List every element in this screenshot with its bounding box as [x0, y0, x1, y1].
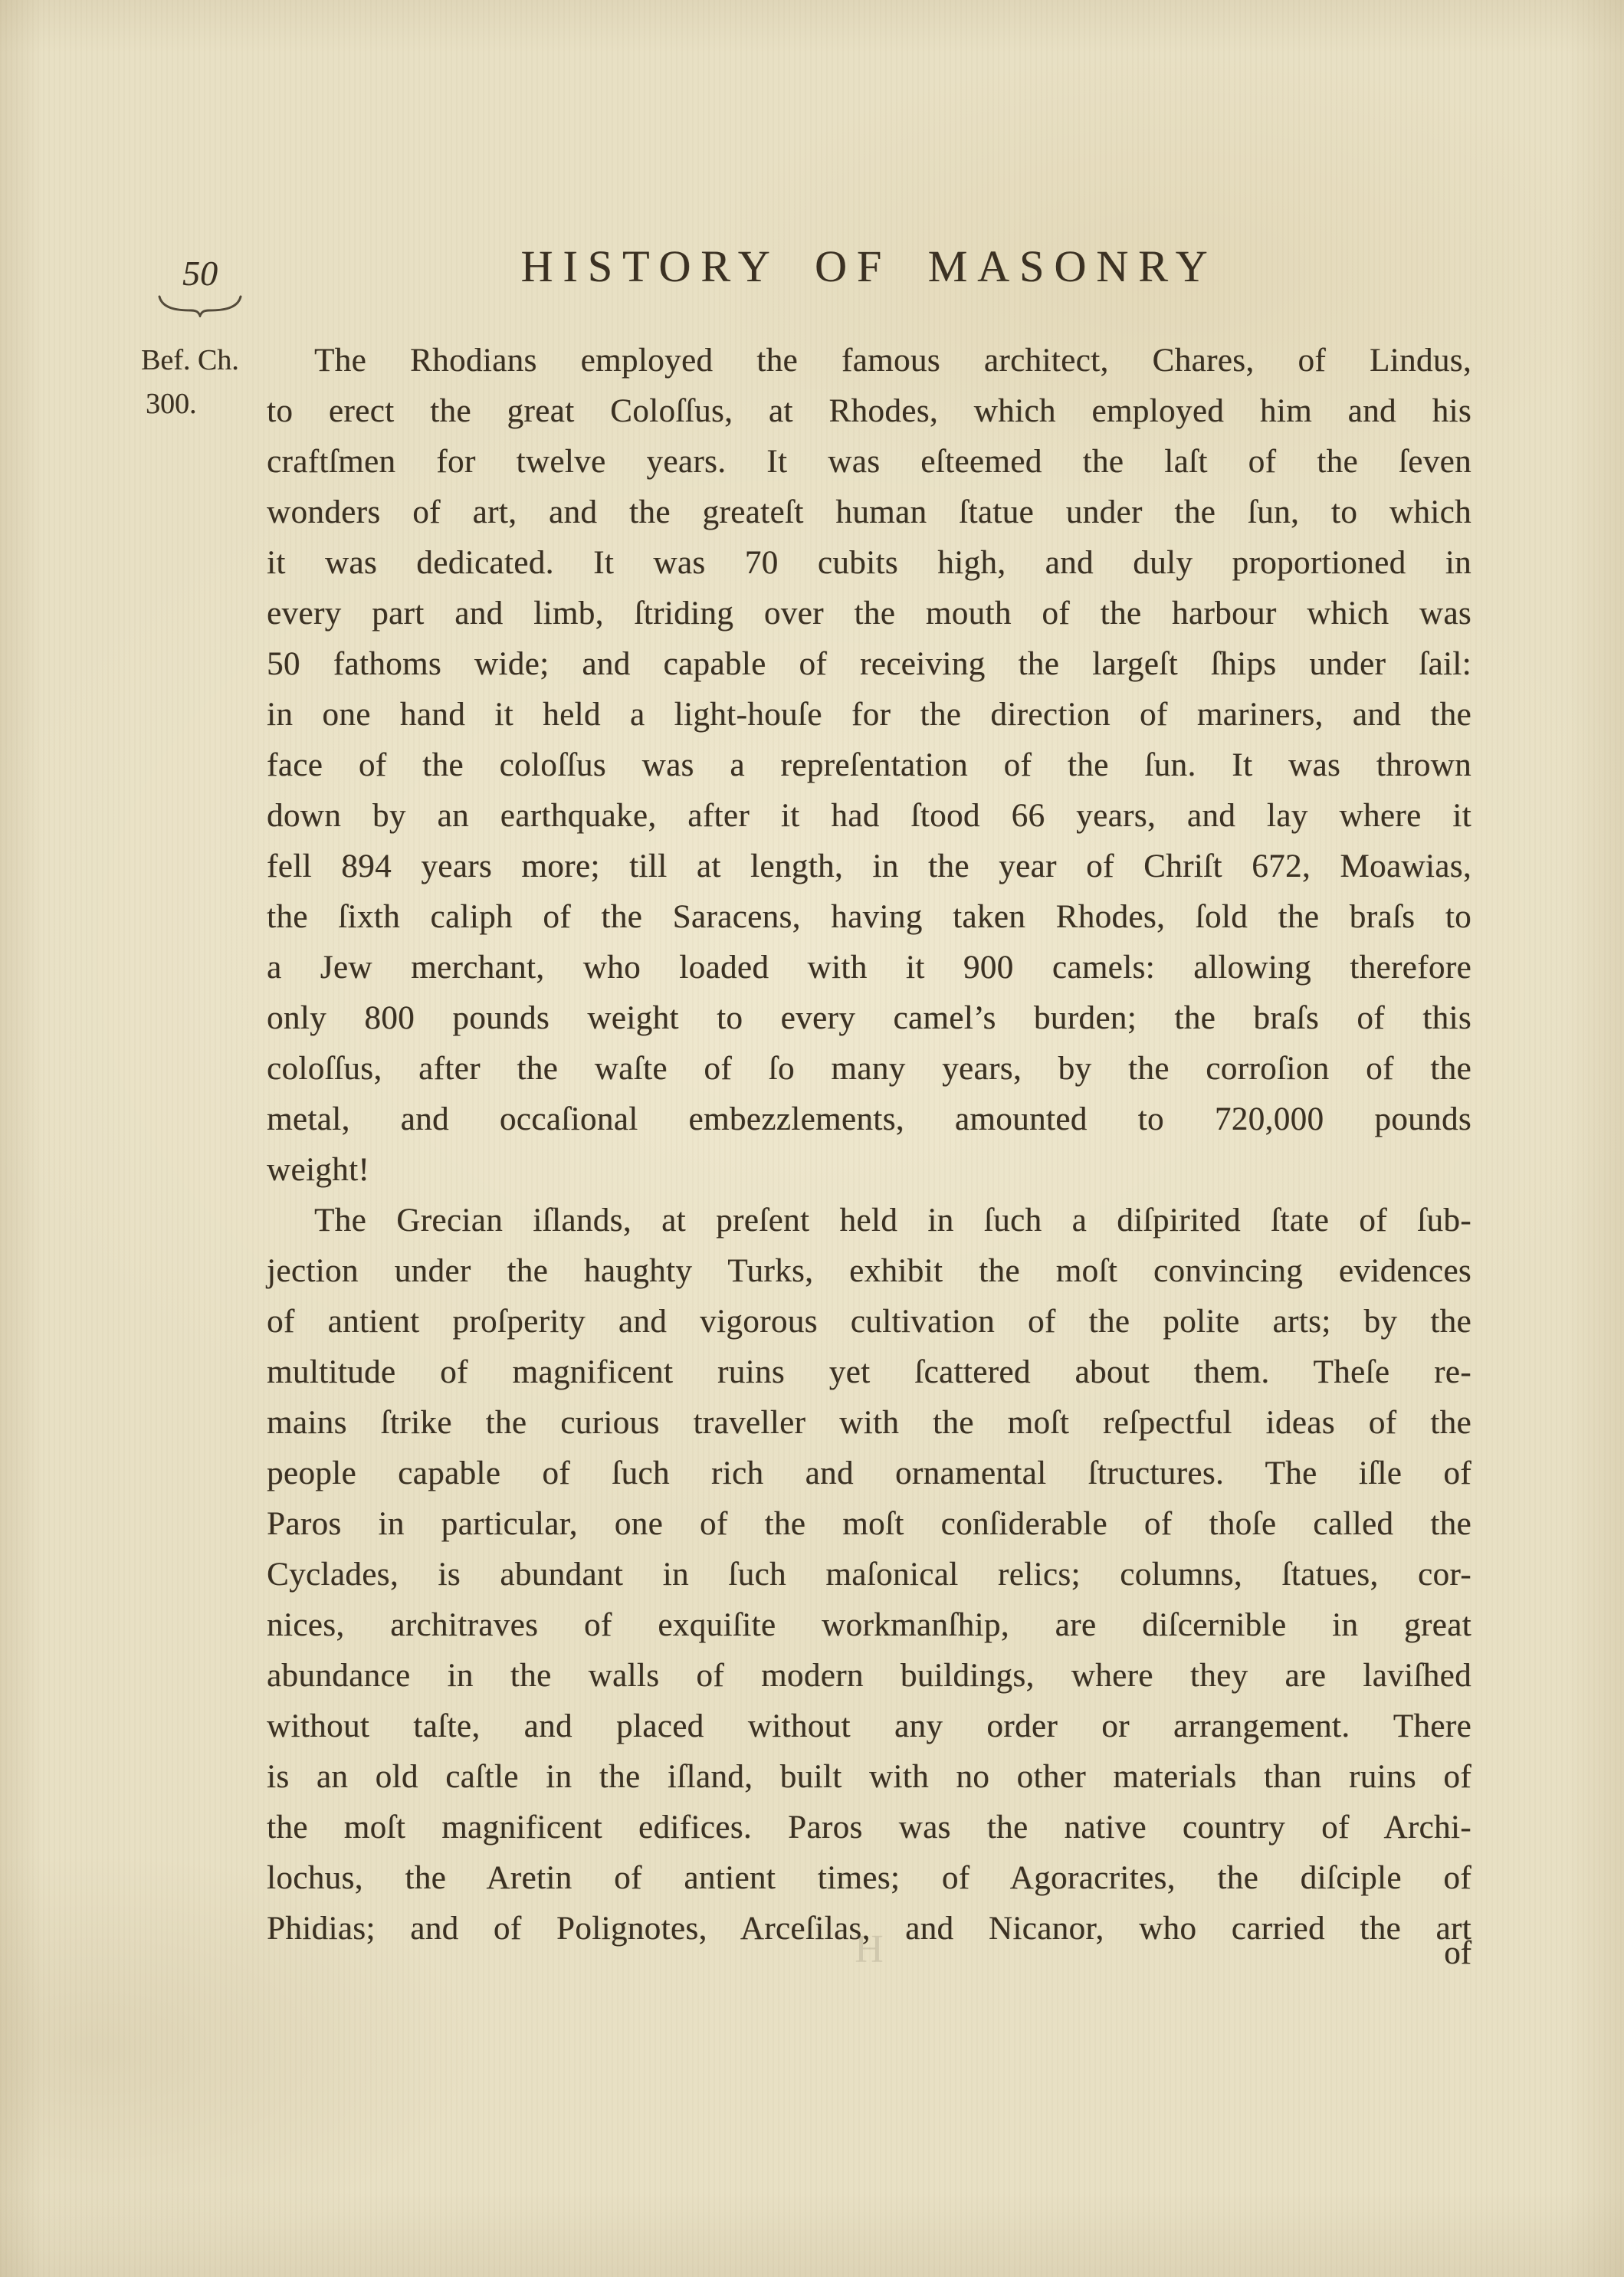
margin-note-year: 300.	[146, 382, 239, 426]
text-line: only 800 pounds weight to every camel’s …	[267, 993, 1471, 1044]
catchword: of	[1444, 1935, 1471, 1971]
text-line: mains ſtrike the curious traveller with …	[267, 1398, 1471, 1449]
text-line: the moſt magnificent edifices. Paros was…	[267, 1803, 1471, 1853]
text-line: of antient proſperity and vigorous culti…	[267, 1297, 1471, 1347]
page-number-brace-icon	[155, 294, 245, 317]
text-line: The Rhodians employed the famous archite…	[267, 336, 1471, 386]
text-line: lochus, the Aretin of antient times; of …	[267, 1853, 1471, 1904]
text-line: every part and limb, ſtriding over the m…	[267, 589, 1471, 639]
text-line: people capable of ſuch rich and ornament…	[267, 1449, 1471, 1499]
text-line: metal, and occaſional embezzlements, amo…	[267, 1094, 1471, 1145]
text-line: craftſmen for twelve years. It was eſtee…	[267, 437, 1471, 487]
page-number: 50	[158, 253, 242, 294]
margin-note: Bef. Ch. 300.	[141, 339, 239, 426]
text-line: it was dedicated. It was 70 cubits high,…	[267, 538, 1471, 589]
text-line: abundance in the walls of modern buildin…	[267, 1651, 1471, 1701]
text-line: nices, architraves of exquiſite workmanſ…	[267, 1600, 1471, 1651]
text-line: 50 fathoms wide; and capable of receivin…	[267, 639, 1471, 690]
body-text: The Rhodians employed the famous archite…	[267, 336, 1471, 1954]
text-line: is an old caſtle in the iſland, built wi…	[267, 1752, 1471, 1803]
text-line: in one hand it held a light-houſe for th…	[267, 690, 1471, 740]
text-line: multitude of magnificent ruins yet ſcatt…	[267, 1347, 1471, 1398]
text-line: down by an earthquake, after it had ſtoo…	[267, 791, 1471, 842]
running-header: HISTORY OF MASONRY	[267, 241, 1471, 292]
text-line: jection under the haughty Turks, exhibit…	[267, 1246, 1471, 1297]
book-page: 50 HISTORY OF MASONRY Bef. Ch. 300. The …	[0, 0, 1624, 2277]
catchword-row: of	[267, 1934, 1471, 1972]
text-line: weight!	[267, 1145, 1471, 1196]
text-line: the ſixth caliph of the Saracens, having…	[267, 892, 1471, 943]
text-line: without taſte, and placed without any or…	[267, 1701, 1471, 1752]
text-line: a Jew merchant, who loaded with it 900 c…	[267, 943, 1471, 993]
text-line: coloſſus, after the waſte of ſo many yea…	[267, 1044, 1471, 1094]
text-line: Paros in particular, one of the moſt con…	[267, 1499, 1471, 1550]
margin-note-era: Bef. Ch.	[141, 339, 239, 382]
text-line: face of the coloſſus was a repreſentatio…	[267, 740, 1471, 791]
text-line: fell 894 years more; till at length, in …	[267, 842, 1471, 892]
text-line: Cyclades, is abundant in ſuch maſonical …	[267, 1550, 1471, 1600]
text-line: to erect the great Coloſſus, at Rhodes, …	[267, 386, 1471, 437]
text-line: wonders of art, and the greateſt human ſ…	[267, 487, 1471, 538]
paragraph: The Grecian iſlands, at preſent held in …	[267, 1196, 1471, 1954]
text-line: The Grecian iſlands, at preſent held in …	[267, 1196, 1471, 1246]
paragraph: The Rhodians employed the famous archite…	[267, 336, 1471, 1196]
